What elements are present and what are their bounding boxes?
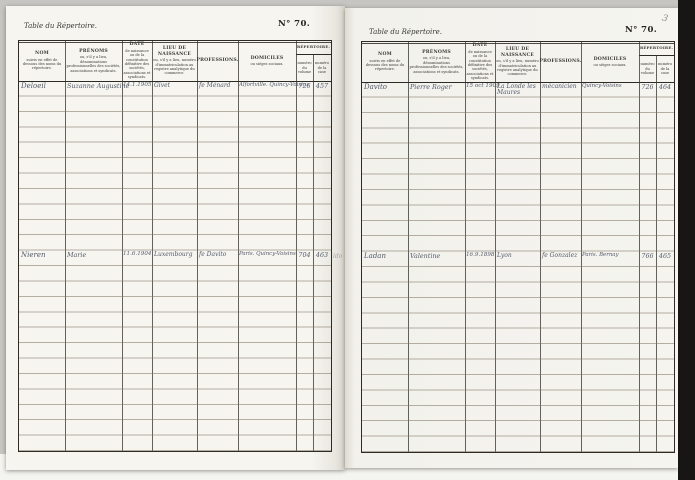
register-table: NOMsuivis en effet de dessous des noms d… <box>361 41 675 453</box>
entry-volume: 726 <box>639 84 656 91</box>
column-subtitle: de naissance ou de la constitution défin… <box>466 50 494 81</box>
column-subtitle: suivis en effet de dessous des noms du r… <box>363 59 407 72</box>
column-header-professions: PROFESSIONS. <box>540 42 581 82</box>
column-title: PRÉNOMS <box>79 49 108 55</box>
entry-lieu: Givet <box>154 83 197 89</box>
column-subtitle: ou sièges sociaux. <box>594 63 627 67</box>
entry-profession: mécanicien <box>542 84 577 90</box>
table-caption: Table du Répertoire. <box>24 22 97 30</box>
column-title: DOMICILES <box>251 56 284 62</box>
entry-prenoms: Pierre Roger <box>410 84 452 91</box>
entry-domicile: Paris. Bernay <box>582 253 619 259</box>
repertoire-sub-case: numéro de la case <box>656 55 674 82</box>
column-title: RÉPERTOIRE. <box>640 46 673 51</box>
entry-nom: Nieren <box>21 252 46 259</box>
entry-caseno: 465 <box>656 253 674 260</box>
entry-volume: 704 <box>296 252 313 259</box>
column-header-nom: NOMsuivis en effet de dessous des noms d… <box>19 41 65 81</box>
handwritten-page-number: 3 <box>661 13 669 24</box>
entry-date: 16.9.1898 <box>466 253 494 259</box>
column-subtitle: de naissance ou de la constitution défin… <box>123 49 151 80</box>
column-title: PRÉNOMS <box>422 50 451 56</box>
entry-nom: Davito <box>364 84 387 91</box>
column-title: RÉPERTOIRE. <box>297 45 330 50</box>
table-caption: Table du Répertoire. <box>369 28 442 36</box>
entry-lieu: La Londe les Maures <box>497 84 540 97</box>
column-subtitle: numéro de la case <box>314 61 330 74</box>
entry-profession: fe Davito <box>199 252 226 258</box>
column-subtitle: ou, s'il y a lieu, dénominations profess… <box>66 55 121 73</box>
entry-caseno: 457 <box>313 83 331 90</box>
column-header-domiciles: DOMICILESou sièges sociaux. <box>238 41 296 81</box>
column-subtitle: numéro du volume <box>640 62 655 75</box>
column-title: NOM <box>378 52 392 58</box>
column-header-date: DATEde naissance ou de la constitution d… <box>122 41 152 81</box>
scanned-register-spread: Table du Répertoire. N° 70. NOMsuivis en… <box>0 0 695 480</box>
column-title: PROFESSIONS. <box>539 59 581 65</box>
column-subtitle: ou sièges sociaux. <box>251 62 284 66</box>
entry-date: 15 oct 1909 <box>466 84 500 90</box>
column-subtitle: ou, s'il y a lieu, numéro d'immatriculat… <box>153 58 196 76</box>
entry-caseno: 463 <box>313 252 331 259</box>
column-title: DATE <box>129 42 144 48</box>
entry-profession: fe Gonzalez <box>542 253 577 259</box>
column-header-professions: PROFESSIONS. <box>197 41 238 81</box>
entry-lieu: Lyon <box>497 253 540 259</box>
entry-date: 11.6.1904 <box>123 252 151 258</box>
entry-lieu: Luxembourg <box>154 252 197 258</box>
register-page-left: Table du Répertoire. N° 70. NOMsuivis en… <box>6 6 345 470</box>
column-title: DATE <box>472 43 487 49</box>
column-header-prenoms: PRÉNOMSou, s'il y a lieu, dénominations … <box>408 42 465 82</box>
pencil-margin-note: ldo <box>333 253 342 260</box>
column-header-repertoire: RÉPERTOIRE. <box>296 41 331 54</box>
column-header-prenoms: PRÉNOMSou, s'il y a lieu, dénominations … <box>65 41 122 81</box>
column-header-lieu: LIEU DE NAISSANCEou, s'il y a lieu, numé… <box>152 41 197 81</box>
column-header-repertoire: RÉPERTOIRE. <box>639 42 674 55</box>
register-page-right: Table du Répertoire. N° 70. 3 NOMsuivis … <box>345 8 678 468</box>
entry-domicile: Paris. Quincy-Voisins <box>239 252 296 258</box>
column-subtitle: numéro de la case <box>657 62 673 75</box>
repertoire-sub-vol: numéro du volume <box>639 55 656 82</box>
register-table: NOMsuivis en effet de dessous des noms d… <box>18 40 332 452</box>
column-subtitle: numéro du volume <box>297 61 312 74</box>
entry-caseno: 464 <box>656 84 674 91</box>
entry-nom: Deloeil <box>21 83 46 90</box>
entry-date: 14.1.1905 <box>123 83 151 89</box>
column-subtitle: suivis en effet de dessous des noms du r… <box>20 58 64 71</box>
entry-prenoms: Marie <box>67 252 86 259</box>
entry-profession: fe Ménard <box>199 83 231 89</box>
column-title: PROFESSIONS. <box>196 58 238 64</box>
entry-prenoms: Suzanne Augustine <box>67 83 129 90</box>
column-title: NOM <box>35 51 49 57</box>
column-subtitle: ou, s'il y a lieu, numéro d'immatriculat… <box>496 59 539 77</box>
column-header-lieu: LIEU DE NAISSANCEou, s'il y a lieu, numé… <box>495 42 540 82</box>
column-header-nom: NOMsuivis en effet de dessous des noms d… <box>362 42 408 82</box>
folio-number: N° 70. <box>625 25 657 35</box>
scan-edge-right <box>678 0 695 480</box>
column-subtitle: ou, s'il y a lieu, dénominations profess… <box>409 56 464 74</box>
column-title: LIEU DE NAISSANCE <box>153 46 196 57</box>
repertoire-sub-case: numéro de la case <box>313 54 331 81</box>
column-title: LIEU DE NAISSANCE <box>496 47 539 58</box>
entry-prenoms: Valentine <box>410 253 440 260</box>
entry-nom: Ladan <box>364 253 386 260</box>
entry-volume: 766 <box>639 253 656 260</box>
column-header-domiciles: DOMICILESou sièges sociaux. <box>581 42 639 82</box>
entry-volume: 726 <box>296 83 313 90</box>
repertoire-sub-vol: numéro du volume <box>296 54 313 81</box>
ruled-rows <box>19 81 331 451</box>
ruled-rows <box>362 82 674 452</box>
entry-domicile: Quincy-Voisins <box>582 84 622 90</box>
folio-number: N° 70. <box>278 19 310 29</box>
column-header-date: DATEde naissance ou de la constitution d… <box>465 42 495 82</box>
column-title: DOMICILES <box>594 57 627 63</box>
